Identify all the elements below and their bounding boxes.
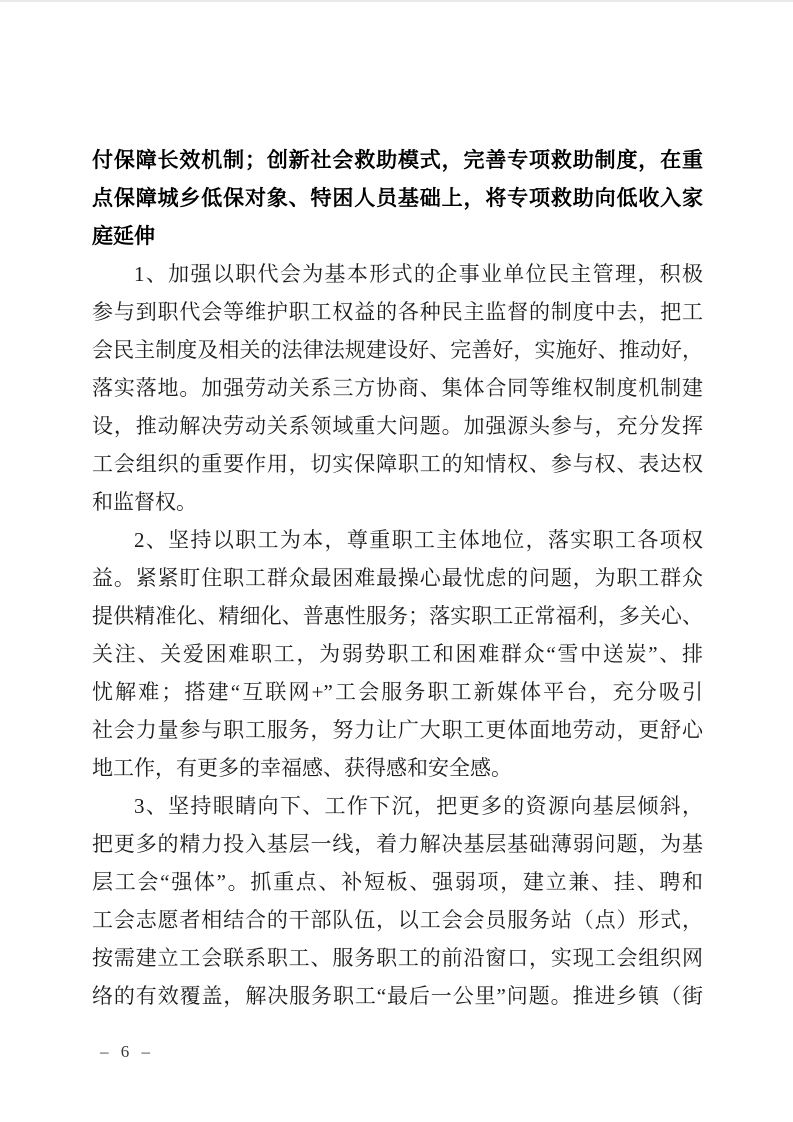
text-line: 工会志愿者相结合的干部队伍，以工会会员服务站（点）形式，: [92, 901, 703, 939]
text-line: 1、加强以职代会为基本形式的企事业单位民主管理，积极: [92, 255, 703, 293]
text-line: 络的有效覆盖，解决服务职工“最后一公里”问题。推进乡镇（街: [92, 977, 703, 1015]
text-line: 3、坚持眼睛向下、工作下沉，把更多的资源向基层倾斜，: [92, 787, 703, 825]
text-line: 忧解难；搭建“互联网+”工会服务职工新媒体平台，充分吸引: [92, 673, 703, 711]
text-line: 2、坚持以职工为本，尊重职工主体地位，落实职工各项权: [92, 521, 703, 559]
text-line: 把更多的精力投入基层一线，着力解决基层基础薄弱问题，为基: [92, 825, 703, 863]
text-line: 参与到职代会等维护职工权益的各种民主监督的制度中去，把工: [92, 293, 703, 331]
text-line: 工会组织的重要作用，切实保障职工的知情权、参与权、表达权: [92, 445, 703, 483]
text-line: 落实落地。加强劳动关系三方协商、集体合同等维权制度机制建: [92, 369, 703, 407]
scan-artifact-line: [0, 0, 793, 2]
document-body: 付保障长效机制；创新社会救助模式，完善专项救助制度，在重点保障城乡低保对象、特困…: [92, 141, 703, 1015]
text-line: 社会力量参与职工服务，努力让广大职工更体面地劳动，更舒心: [92, 711, 703, 749]
text-line: 关注、关爱困难职工，为弱势职工和困难群众“雪中送炭”、排: [92, 635, 703, 673]
text-line: 设，推动解决劳动关系领域重大问题。加强源头参与，充分发挥: [92, 407, 703, 445]
text-line: 会民主制度及相关的法律法规建设好、完善好，实施好、推动好，: [92, 331, 703, 369]
carryover-bold-paragraph: 付保障长效机制；创新社会救助模式，完善专项救助制度，在重点保障城乡低保对象、特困…: [92, 141, 703, 255]
text-line: 层工会“强体”。抓重点、补短板、强弱项，建立兼、挂、聘和: [92, 863, 703, 901]
text-line: 按需建立工会联系职工、服务职工的前沿窗口，实现工会组织网: [92, 939, 703, 977]
numbered-item-3: 3、坚持眼睛向下、工作下沉，把更多的资源向基层倾斜，把更多的精力投入基层一线，着…: [92, 787, 703, 1015]
text-line: 地工作，有更多的幸福感、获得感和安全感。: [92, 749, 703, 787]
text-line: 和监督权。: [92, 483, 703, 521]
document-page: 付保障长效机制；创新社会救助模式，完善专项救助制度，在重点保障城乡低保对象、特困…: [0, 0, 793, 1122]
text-line: 益。紧紧盯住职工群众最困难最操心最忧虑的问题，为职工群众: [92, 559, 703, 597]
text-line: 付保障长效机制；创新社会救助模式，完善专项救助制度，在重: [92, 141, 703, 179]
text-line: 点保障城乡低保对象、特困人员基础上，将专项救助向低收入家: [92, 179, 703, 217]
text-line: 提供精准化、精细化、普惠性服务；落实职工正常福利，多关心、: [92, 597, 703, 635]
numbered-item-1: 1、加强以职代会为基本形式的企事业单位民主管理，积极参与到职代会等维护职工权益的…: [92, 255, 703, 521]
text-line: 庭延伸: [92, 217, 703, 255]
numbered-item-2: 2、坚持以职工为本，尊重职工主体地位，落实职工各项权益。紧紧盯住职工群众最困难最…: [92, 521, 703, 787]
page-number: – 6 –: [100, 1040, 154, 1064]
